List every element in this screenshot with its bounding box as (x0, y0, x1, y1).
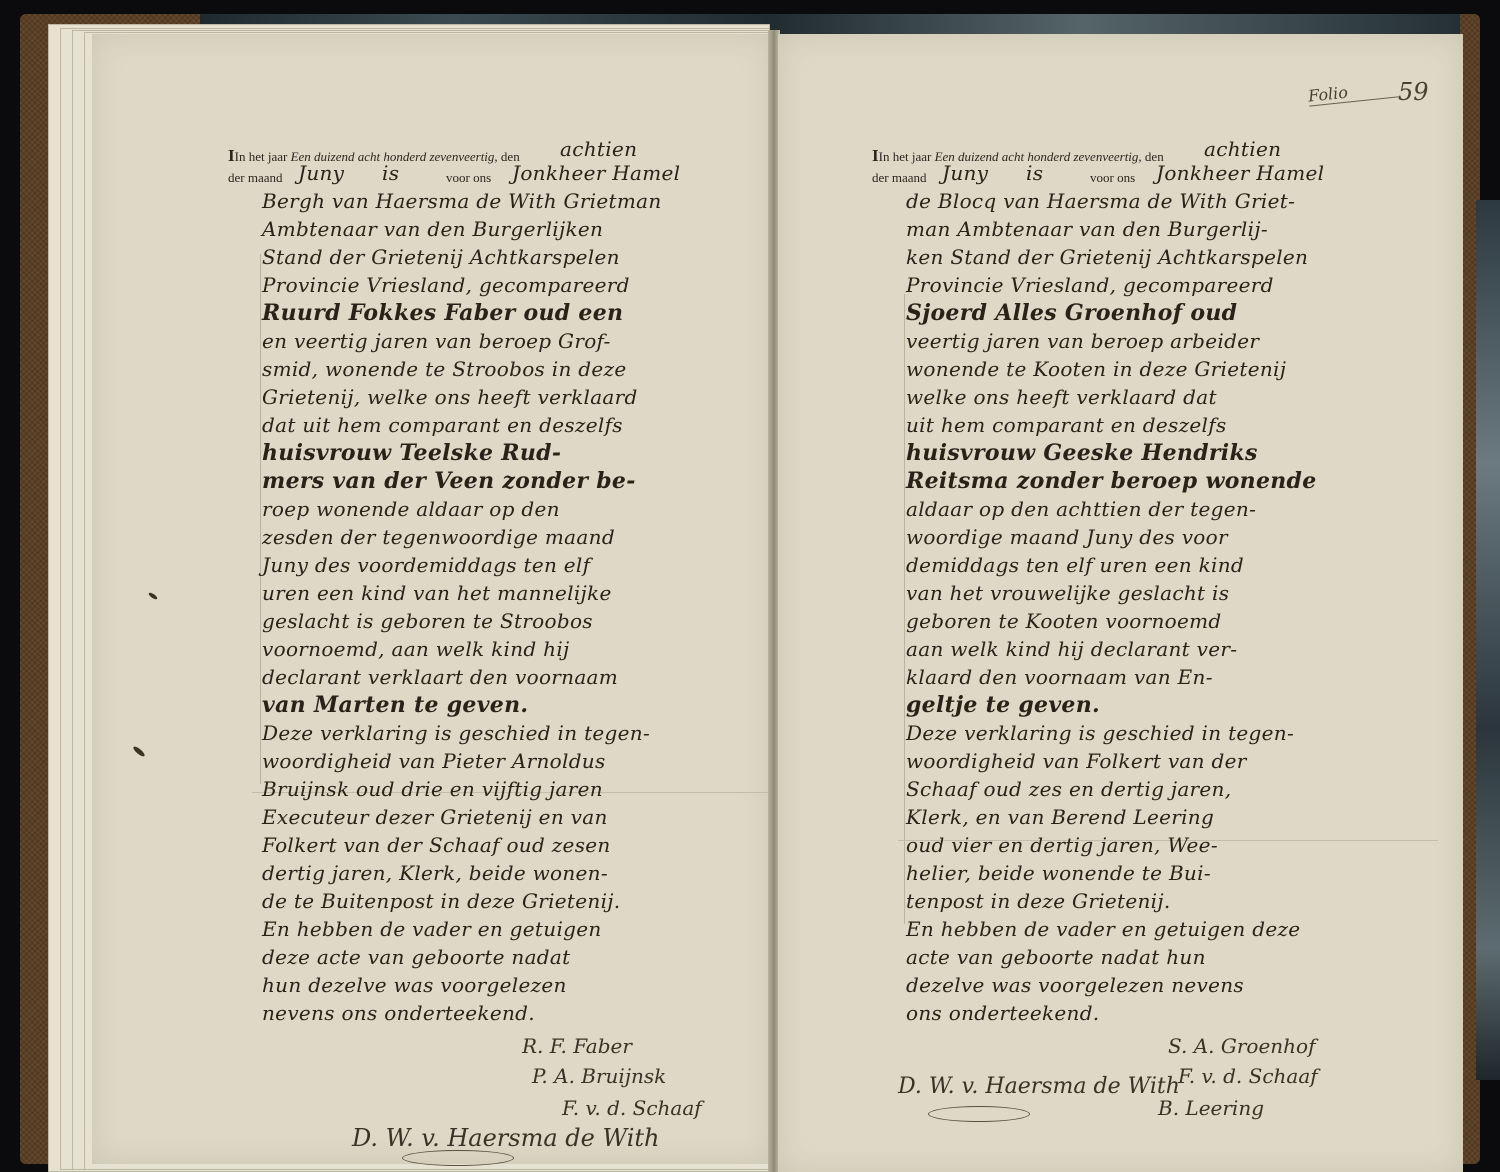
right-page: Folio 59 IIn het jaar Een duizend acht h… (778, 34, 1463, 1172)
entry-line: hun dezelve was voorgelezen (262, 970, 567, 1000)
entry-line-mother: huisvrouw Geeske Hendriks (906, 438, 1258, 468)
entry-line: En hebben de vader en getuigen (262, 914, 602, 944)
printed-heading-line1: IIn het jaar Een duizend acht honderd ze… (872, 146, 1164, 167)
entry-line: Jonkheer Hamel (512, 158, 680, 188)
signature: R. F. Faber (522, 1034, 632, 1058)
handwritten-is: is (1026, 158, 1043, 188)
ink-mark (132, 745, 146, 758)
signature: P. A. Bruijnsk (532, 1064, 666, 1088)
margin-rule (260, 254, 261, 784)
printed-heading-line2: der maand (228, 168, 283, 188)
entry-line: de Blocq van Haersma de With Griet- (906, 186, 1295, 216)
entry-line: Bruijnsk oud drie en vijftig jaren (262, 774, 603, 804)
entry-line: wonende te Kooten in deze Grietenij (906, 354, 1286, 384)
entry-line: man Ambtenaar van den Burgerlij- (906, 214, 1268, 244)
entry-line-father: Ruurd Fokkes Faber oud een (262, 298, 623, 328)
entry-line: demiddags ten elf uren een kind (906, 550, 1244, 580)
signature: S. A. Groenhof (1168, 1034, 1315, 1058)
entry-line: smid, wonende te Stroobos in deze (262, 354, 627, 384)
entry-line: Provincie Vriesland, gecompareerd (906, 270, 1274, 300)
entry-line: dezelve was voorgelezen nevens (906, 970, 1244, 1000)
entry-line-father: Sjoerd Alles Groenhof oud (906, 298, 1237, 328)
entry-line: Jonkheer Hamel (1156, 158, 1324, 188)
entry-line: uit hem comparant en deszelfs (906, 410, 1227, 440)
entry-line: zesden der tegenwoordige maand (262, 522, 615, 552)
entry-line: roep wonende aldaar op den (262, 494, 560, 524)
entry-line: welke ons heeft verklaard dat (906, 382, 1217, 412)
signature: B. Leering (1158, 1096, 1264, 1120)
printed-voor-ons: voor ons (1090, 168, 1135, 188)
entry-line: geboren te Kooten voornoemd (906, 606, 1222, 636)
entry-line: tenpost in deze Grietenij. (906, 886, 1171, 916)
entry-line: Juny des voordemiddags ten elf (262, 550, 590, 580)
margin-rule (904, 294, 905, 924)
entry-line: dertig jaren, Klerk, beide wonen- (262, 858, 608, 888)
entry-line-mother: mers van der Veen zonder be- (262, 466, 636, 496)
entry-line: ons onderteekend. (906, 998, 1099, 1028)
signature-official: D. W. v. Haersma de With (352, 1124, 660, 1152)
marbled-endpaper-right (1476, 200, 1500, 1080)
entry-line: woordige maand Juny des voor (906, 522, 1228, 552)
entry-line: deze acte van geboorte nadat (262, 942, 570, 972)
entry-line-child-name: geltje te geven. (906, 690, 1100, 720)
printed-heading-line1: IIn het jaar Een duizend acht honderd ze… (228, 146, 520, 167)
signature: F. v. d. Schaaf (562, 1096, 702, 1120)
entry-line: geslacht is geboren te Stroobos (262, 606, 593, 636)
entry-line: veertig jaren van beroep arbeider (906, 326, 1259, 356)
folio-label: Folio (1307, 77, 1399, 106)
entry-line: woordigheid van Folkert van der (906, 746, 1247, 776)
entry-line: uren een kind van het mannelijke (262, 578, 612, 608)
entry-line-mother: huisvrouw Teelske Rud- (262, 438, 561, 468)
entry-line: Ambtenaar van den Burgerlijken (262, 214, 603, 244)
entry-line: Deze verklaring is geschied in tegen- (262, 718, 650, 748)
entry-line: helier, beide wonende te Bui- (906, 858, 1211, 888)
entry-line: Executeur dezer Grietenij en van (262, 802, 608, 832)
entry-line: aldaar op den achttien der tegen- (906, 494, 1256, 524)
entry-line: Schaaf oud zes en dertig jaren, (906, 774, 1231, 804)
entry-line: Klerk, en van Berend Leering (906, 802, 1214, 832)
entry-line: voornoemd, aan welk kind hij (262, 634, 570, 664)
folio-number: 59 (1398, 78, 1429, 106)
entry-line: dat uit hem comparant en deszelfs (262, 410, 623, 440)
entry-line: van het vrouwelijke geslacht is (906, 578, 1229, 608)
signature-flourish (402, 1150, 514, 1166)
entry-line: ken Stand der Grietenij Achtkarspelen (906, 242, 1308, 272)
entry-line: Provincie Vriesland, gecompareerd (262, 270, 630, 300)
entry-line: Bergh van Haersma de With Grietman (262, 186, 662, 216)
printed-voor-ons: voor ons (446, 168, 491, 188)
handwritten-is: is (382, 158, 399, 188)
signature: F. v. d. Schaaf (1178, 1064, 1318, 1088)
signature-flourish (928, 1106, 1030, 1122)
printed-heading-line2: der maand (872, 168, 927, 188)
entry-line: En hebben de vader en getuigen deze (906, 914, 1300, 944)
entry-line: de te Buitenpost in deze Grietenij. (262, 886, 620, 916)
entry-line-mother: Reitsma zonder beroep wonende (906, 466, 1317, 496)
entry-line: aan welk kind hij declarant ver- (906, 634, 1237, 664)
entry-line: declarant verklaart den voornaam (262, 662, 618, 692)
entry-line: Grietenij, welke ons heeft verklaard (262, 382, 638, 412)
entry-line: Deze verklaring is geschied in tegen- (906, 718, 1294, 748)
entry-line: woordigheid van Pieter Arnoldus (262, 746, 606, 776)
entry-line: en veertig jaren van beroep Grof- (262, 326, 611, 356)
handwritten-month: Juny (942, 158, 988, 188)
entry-line: acte van geboorte nadat hun (906, 942, 1206, 972)
signature-official: D. W. v. Haersma de With (898, 1074, 1180, 1099)
entry-line: Folkert van der Schaaf oud zesen (262, 830, 611, 860)
entry-line: Stand der Grietenij Achtkarspelen (262, 242, 620, 272)
entry-line: oud vier en dertig jaren, Wee- (906, 830, 1218, 860)
left-page: IIn het jaar Een duizend acht honderd ze… (92, 34, 772, 1164)
handwritten-month: Juny (298, 158, 344, 188)
ink-mark (148, 591, 158, 600)
entry-line-child-name: van Marten te geven. (262, 690, 528, 720)
entry-line: klaard den voornaam van En- (906, 662, 1213, 692)
entry-line: nevens ons onderteekend. (262, 998, 535, 1028)
